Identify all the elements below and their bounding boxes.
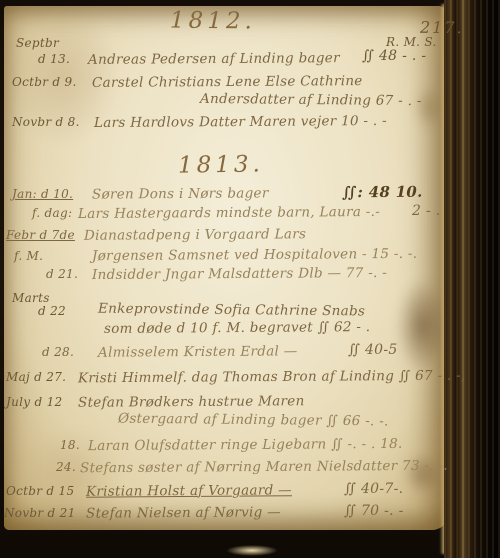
entry-amount: ∬ 70 -. - (344, 503, 404, 519)
entry-margin-day: d 21. (46, 267, 78, 281)
entry-margin-day: 24. (56, 460, 76, 474)
entry-margin-day: 18. (60, 438, 80, 452)
entry-text: Lars Hardlovs Datter Maren vejer 10 - . … (94, 113, 387, 131)
entry-amount: ∬ 40-7-. (344, 481, 403, 497)
entry-margin-month: July d 12 (6, 395, 62, 409)
entry-margin-month: Maj d 27. (6, 370, 66, 384)
book-binding-edge (444, 0, 500, 558)
entry-text: Søren Dons i Nørs bager (92, 185, 269, 202)
entry-margin-day: d 13. (38, 52, 70, 66)
entry-text: Carstel Christians Lene Else Cathrine (92, 73, 363, 91)
entry-margin-month: Octbr d 15 (6, 484, 74, 498)
entry-margin-day: f. dag: (32, 206, 72, 220)
entry-text-continuation: som døde d 10 f. M. begravet ∬ 62 - . (104, 319, 370, 337)
entry-margin-month: Novbr d 21 (4, 506, 76, 520)
entry-text-continuation: Østergaard af Linding bager ∬ 66 -. -. (118, 411, 389, 430)
manuscript-photo: 1812. 217. R. M. S. Septbr d 13. Andreas… (0, 0, 500, 558)
entry-text: Enkeprovstinde Sofia Cathrine Snabs (98, 301, 365, 320)
entry-text: Dianastadpeng i Vorgaard Lars (84, 226, 306, 244)
entry-margin-month: Octbr d 9. (12, 75, 77, 89)
entry-amount: ∬ 48 - . - (362, 48, 426, 64)
entry-text: Andreas Pedersen af Linding bager (88, 50, 340, 68)
bottom-edge-glint (226, 545, 278, 556)
entry-text: Laran Olufsdatter ringe Ligebarn ∬ -. - … (88, 436, 403, 454)
entry-amount: ∬: 48 10. (342, 183, 423, 202)
entry-text: Stefans søster af Nørring Maren Nielsdat… (80, 458, 448, 477)
entry-text: Stefan Brødkers hustrue Maren (78, 393, 305, 411)
entry-margin-note: f. M. (14, 249, 43, 263)
currency-column-header: R. M. S. (386, 35, 437, 49)
year-heading-1813: 1813. (178, 151, 264, 178)
entry-text: Kristi Himmelf. dag Thomas Bron af Lindi… (78, 368, 466, 387)
entry-margin-month: Novbr d 8. (12, 115, 80, 129)
entry-margin-day: d 28. (42, 345, 74, 359)
entry-text: Indsidder Jngar Malsdatters Dlb — 77 -. … (92, 265, 387, 283)
entry-margin-month: Jan: d 10. (12, 187, 73, 201)
entry-amount: 2 - . (412, 203, 441, 219)
year-heading-1812: 1812. (170, 8, 256, 35)
entry-text: Stefan Nielsen af Nørvig — (86, 504, 281, 521)
entry-text-continuation: Andersdatter af Linding 67 - . - (200, 91, 422, 109)
entry-margin-month: Septbr (16, 36, 59, 50)
entry-amount: ∬ 40-5 (348, 342, 398, 358)
entry-margin-month: Marts (12, 291, 50, 305)
entry-margin-month: Febr d 7de (6, 228, 75, 242)
entry-text: Almisselem Kristen Erdal — (98, 343, 298, 360)
entry-margin-day: d 22 (38, 304, 66, 318)
entry-text: Kristian Holst af Vorgaard — (86, 482, 292, 499)
entry-text-continuation: Jørgensen Samsnet ved Hospitaloven - 15 … (92, 246, 417, 264)
entry-text: Lars Hastergaards mindste barn, Laura -.… (78, 204, 380, 222)
